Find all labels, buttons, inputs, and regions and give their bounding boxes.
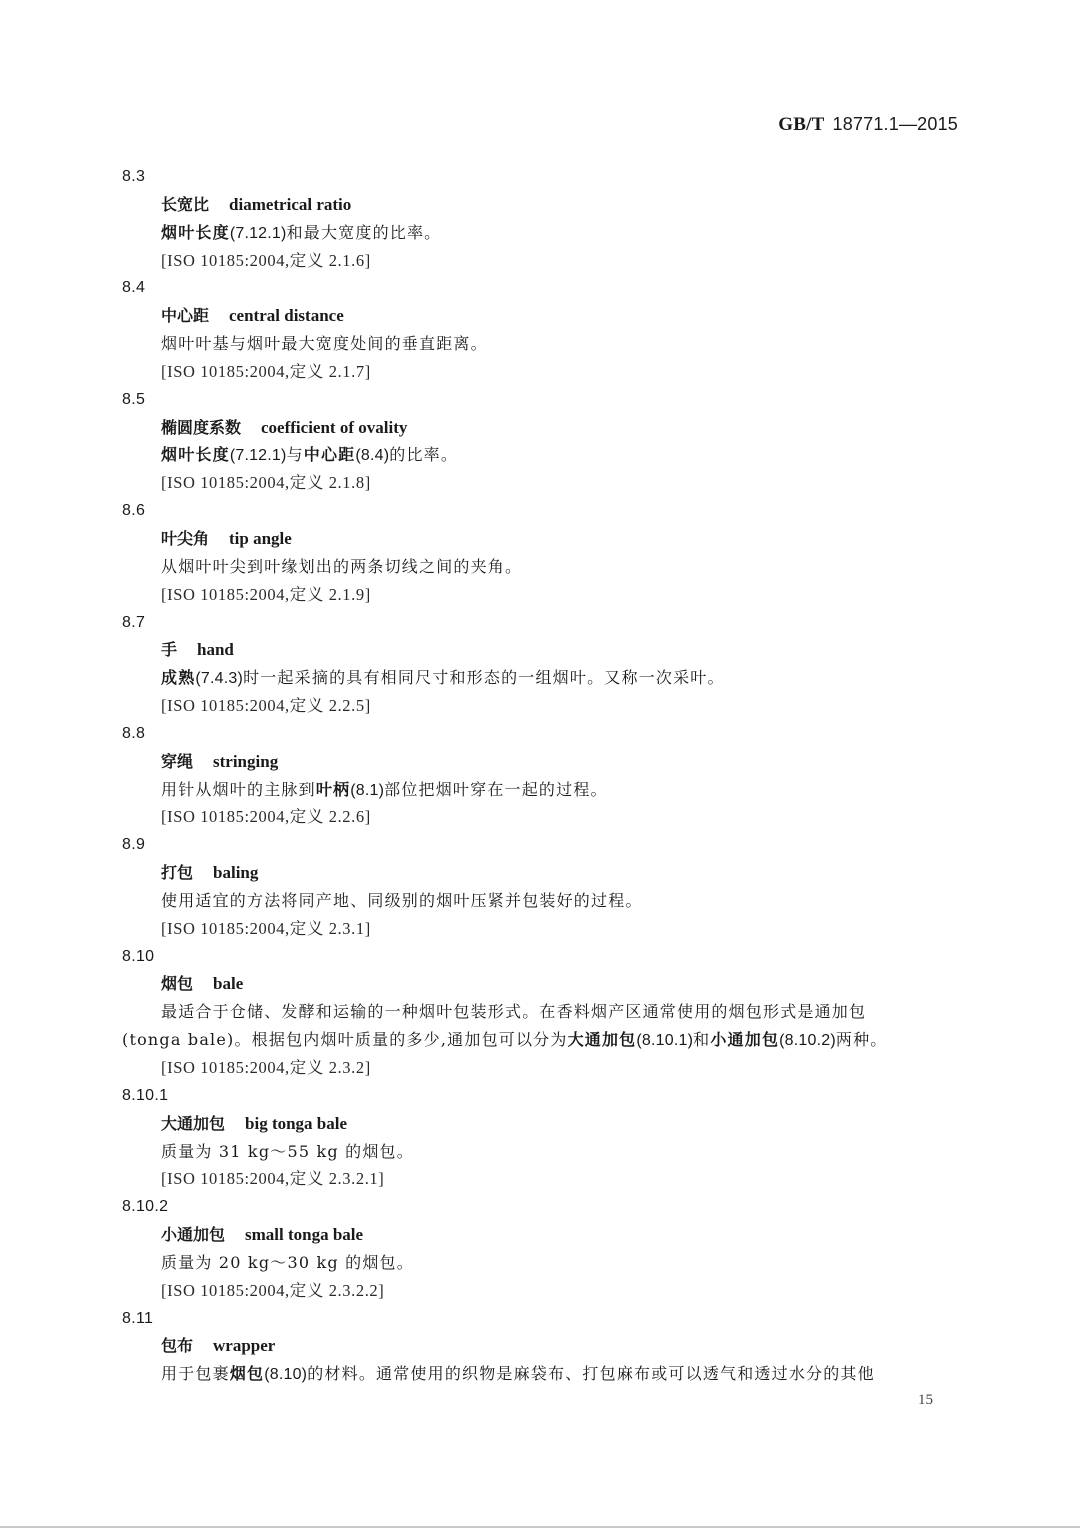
standard-code-header: GB/T18771.1—2015 xyxy=(778,114,958,136)
definition-text: (tonga bale)。根据包内烟叶质量的多少,通加包可以分为 xyxy=(122,1030,568,1049)
definition-text: 部位把烟叶穿在一起的过程。 xyxy=(384,780,608,799)
term-entry: 8.10.1大通加包big tonga bale质量为 31 kg～55 kg … xyxy=(122,1082,962,1193)
term-chinese: 椭圆度系数 xyxy=(161,418,241,437)
term-entry: 8.3长宽比diametrical ratio烟叶长度(7.12.1)和最大宽度… xyxy=(122,163,962,274)
term-number: 8.4 xyxy=(122,274,962,302)
term-entry: 8.6叶尖角tip angle从烟叶叶尖到叶缘划出的两条切线之间的夹角。[ISO… xyxy=(122,497,962,608)
definition-text: 使用适宜的方法将同产地、同级别的烟叶压紧并包装好的过程。 xyxy=(161,891,643,910)
term-source-citation: [ISO 10185:2004,定义 2.1.9] xyxy=(122,581,962,609)
cross-reference-term: 大通加包 xyxy=(568,1030,637,1049)
term-entry: 8.9打包baling使用适宜的方法将同产地、同级别的烟叶压紧并包装好的过程。[… xyxy=(122,831,962,942)
term-english: diametrical ratio xyxy=(229,195,351,214)
term-number: 8.10 xyxy=(122,943,962,971)
term-entry: 8.11包布wrapper用于包裹烟包(8.10)的材料。通常使用的织物是麻袋布… xyxy=(122,1305,962,1389)
term-entry: 8.8穿绳stringing用针从烟叶的主脉到叶柄(8.1)部位把烟叶穿在一起的… xyxy=(122,720,962,831)
cross-reference-term: 烟叶长度 xyxy=(161,445,230,464)
term-definition: 烟叶叶基与烟叶最大宽度处间的垂直距离。 xyxy=(122,330,962,358)
term-source-citation: [ISO 10185:2004,定义 2.1.6] xyxy=(122,247,962,275)
standard-number: 18771.1—2015 xyxy=(832,114,958,134)
term-entry: 8.10.2小通加包small tonga bale质量为 20 kg～30 k… xyxy=(122,1193,962,1304)
cross-reference-term: 烟叶长度 xyxy=(161,223,230,242)
term-definition: 成熟(7.4.3)时一起采摘的具有相同尺寸和形态的一组烟叶。又称一次采叶。 xyxy=(122,664,962,692)
term-heading: 中心距central distance xyxy=(122,302,962,330)
term-source-citation: [ISO 10185:2004,定义 2.3.2] xyxy=(122,1054,962,1082)
definition-text: 质量为 20 kg～30 kg 的烟包。 xyxy=(161,1253,414,1272)
term-heading: 长宽比diametrical ratio xyxy=(122,191,962,219)
cross-reference-number: (8.10.1) xyxy=(636,1032,693,1049)
term-number: 8.7 xyxy=(122,609,962,637)
definition-text: 的材料。通常使用的织物是麻袋布、打包麻布或可以透气和透过水分的其他 xyxy=(307,1364,875,1383)
term-heading: 烟包bale xyxy=(122,970,962,998)
term-definition: 最适合于仓储、发酵和运输的一种烟叶包装形式。在香料烟产区通常使用的烟包形式是通加… xyxy=(122,998,962,1026)
term-number: 8.5 xyxy=(122,386,962,414)
term-source-citation: [ISO 10185:2004,定义 2.1.7] xyxy=(122,358,962,386)
definition-text: 的比率。 xyxy=(389,445,458,464)
cross-reference-term: 成熟 xyxy=(161,668,195,687)
term-number: 8.10.1 xyxy=(122,1082,962,1110)
cross-reference-number: (7.4.3) xyxy=(195,670,243,687)
term-entry: 8.10烟包bale最适合于仓储、发酵和运输的一种烟叶包装形式。在香料烟产区通常… xyxy=(122,943,962,1082)
term-chinese: 中心距 xyxy=(161,306,209,325)
term-number: 8.8 xyxy=(122,720,962,748)
term-english: tip angle xyxy=(229,529,292,548)
term-source-citation: [ISO 10185:2004,定义 2.3.2.2] xyxy=(122,1277,962,1305)
term-english: central distance xyxy=(229,306,344,325)
term-english: hand xyxy=(197,640,234,659)
term-number: 8.11 xyxy=(122,1305,962,1333)
page-number: 15 xyxy=(918,1392,933,1409)
term-definition: 烟叶长度(7.12.1)与中心距(8.4)的比率。 xyxy=(122,441,962,469)
cross-reference-term: 小通加包 xyxy=(710,1030,779,1049)
term-entry: 8.5椭圆度系数coefficient of ovality烟叶长度(7.12.… xyxy=(122,386,962,497)
cross-reference-term: 中心距 xyxy=(304,445,356,464)
term-heading: 包布wrapper xyxy=(122,1332,962,1360)
term-chinese: 打包 xyxy=(161,863,193,882)
definition-text: 从烟叶叶尖到叶缘划出的两条切线之间的夹角。 xyxy=(161,557,522,576)
definition-text: 用于包裹 xyxy=(161,1364,230,1383)
term-heading: 大通加包big tonga bale xyxy=(122,1110,962,1138)
definition-text: 与 xyxy=(287,445,304,464)
term-entry: 8.4中心距central distance烟叶叶基与烟叶最大宽度处间的垂直距离… xyxy=(122,274,962,385)
definition-text: 和最大宽度的比率。 xyxy=(287,223,442,242)
definition-text: 最适合于仓储、发酵和运输的一种烟叶包装形式。在香料烟产区通常使用的烟包形式是通加… xyxy=(161,1002,866,1021)
term-heading: 小通加包small tonga bale xyxy=(122,1221,962,1249)
term-entry: 8.7手hand成熟(7.4.3)时一起采摘的具有相同尺寸和形态的一组烟叶。又称… xyxy=(122,609,962,720)
cross-reference-number: (8.4) xyxy=(355,447,389,464)
term-source-citation: [ISO 10185:2004,定义 2.2.5] xyxy=(122,692,962,720)
term-english: bale xyxy=(213,974,243,993)
cross-reference-number: (8.1) xyxy=(350,782,384,799)
term-chinese: 小通加包 xyxy=(161,1225,225,1244)
term-source-citation: [ISO 10185:2004,定义 2.1.8] xyxy=(122,469,962,497)
term-definition: 用于包裹烟包(8.10)的材料。通常使用的织物是麻袋布、打包麻布或可以透气和透过… xyxy=(122,1360,962,1388)
term-heading: 打包baling xyxy=(122,859,962,887)
term-definition: 烟叶长度(7.12.1)和最大宽度的比率。 xyxy=(122,219,962,247)
term-heading: 手hand xyxy=(122,636,962,664)
term-chinese: 叶尖角 xyxy=(161,529,209,548)
term-chinese: 穿绳 xyxy=(161,752,193,771)
term-source-citation: [ISO 10185:2004,定义 2.2.6] xyxy=(122,803,962,831)
term-english: big tonga bale xyxy=(245,1114,347,1133)
term-definition: 使用适宜的方法将同产地、同级别的烟叶压紧并包装好的过程。 xyxy=(122,887,962,915)
cross-reference-number: (8.10) xyxy=(264,1366,307,1383)
term-number: 8.3 xyxy=(122,163,962,191)
cross-reference-number: (7.12.1) xyxy=(230,225,287,242)
term-chinese: 长宽比 xyxy=(161,195,209,214)
term-english: stringing xyxy=(213,752,278,771)
term-number: 8.9 xyxy=(122,831,962,859)
document-page: GB/T18771.1—2015 8.3长宽比diametrical ratio… xyxy=(0,0,1080,1526)
term-english: coefficient of ovality xyxy=(261,418,407,437)
term-chinese: 手 xyxy=(161,640,177,659)
cross-reference-term: 叶柄 xyxy=(316,780,350,799)
term-number: 8.6 xyxy=(122,497,962,525)
term-chinese: 烟包 xyxy=(161,974,193,993)
cross-reference-term: 烟包 xyxy=(230,1364,264,1383)
definition-text: 时一起采摘的具有相同尺寸和形态的一组烟叶。又称一次采叶。 xyxy=(243,668,725,687)
term-heading: 叶尖角tip angle xyxy=(122,525,962,553)
term-english: wrapper xyxy=(213,1336,275,1355)
definition-text: 和 xyxy=(693,1030,710,1049)
cross-reference-number: (8.10.2) xyxy=(779,1032,836,1049)
term-entries: 8.3长宽比diametrical ratio烟叶长度(7.12.1)和最大宽度… xyxy=(122,163,962,1388)
term-definition: 用针从烟叶的主脉到叶柄(8.1)部位把烟叶穿在一起的过程。 xyxy=(122,776,962,804)
term-heading: 穿绳stringing xyxy=(122,748,962,776)
term-chinese: 大通加包 xyxy=(161,1114,225,1133)
cross-reference-number: (7.12.1) xyxy=(230,447,287,464)
term-english: baling xyxy=(213,863,258,882)
term-english: small tonga bale xyxy=(245,1225,363,1244)
term-source-citation: [ISO 10185:2004,定义 2.3.2.1] xyxy=(122,1165,962,1193)
term-source-citation: [ISO 10185:2004,定义 2.3.1] xyxy=(122,915,962,943)
term-definition: 质量为 31 kg～55 kg 的烟包。 xyxy=(122,1138,962,1166)
term-definition: 质量为 20 kg～30 kg 的烟包。 xyxy=(122,1249,962,1277)
definition-text: 烟叶叶基与烟叶最大宽度处间的垂直距离。 xyxy=(161,334,488,353)
definition-text: 用针从烟叶的主脉到 xyxy=(161,780,316,799)
definition-text: 两种。 xyxy=(836,1030,888,1049)
standard-prefix: GB/T xyxy=(778,114,824,135)
definition-text: 质量为 31 kg～55 kg 的烟包。 xyxy=(161,1142,414,1161)
term-definition: 从烟叶叶尖到叶缘划出的两条切线之间的夹角。 xyxy=(122,553,962,581)
term-number: 8.10.2 xyxy=(122,1193,962,1221)
term-definition: (tonga bale)。根据包内烟叶质量的多少,通加包可以分为大通加包(8.1… xyxy=(122,1026,962,1054)
term-chinese: 包布 xyxy=(161,1336,193,1355)
term-heading: 椭圆度系数coefficient of ovality xyxy=(122,414,962,442)
